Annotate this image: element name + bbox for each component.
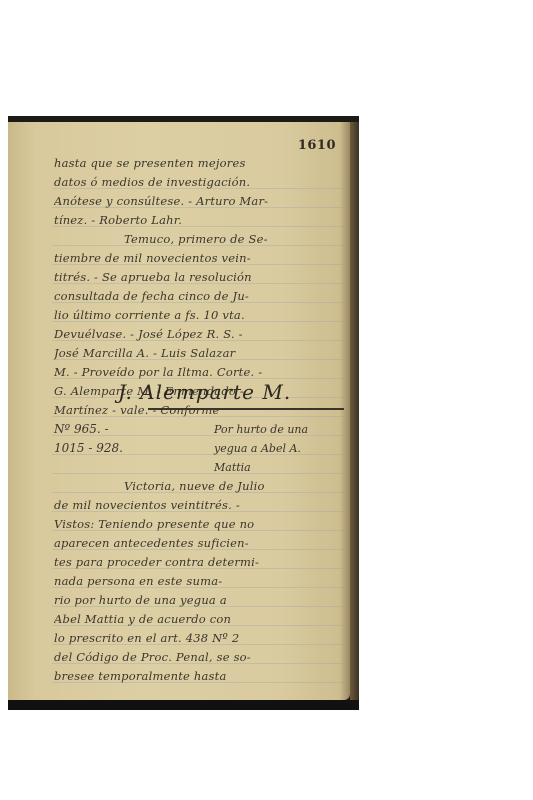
signature-underline (148, 408, 344, 410)
text-line: Devuélvase. - José López R. S. - (54, 325, 344, 344)
text-line: Anótese y consúltese. - Arturo Mar- (54, 192, 344, 211)
ledger-photo: 1610 hasta que se presenten mejores dato… (8, 116, 359, 710)
folio-number: 1610 (298, 138, 336, 153)
signature: J. Alemparte M. (118, 380, 291, 404)
binding-shadow (8, 700, 359, 710)
text-line: rio por hurto de una yegua a (54, 591, 344, 610)
text-line: lio último corriente a fs. 10 vta. (54, 306, 344, 325)
handwritten-section-2: Victoria, nueve de Julio de mil novecien… (54, 477, 344, 686)
text-line: de mil novecientos veintitrés. - (54, 496, 344, 515)
text-line: tes para proceder contra determi- (54, 553, 344, 572)
text-line: bresee temporalmente hasta (54, 667, 344, 686)
text-line: Temuco, primero de Se- (54, 230, 344, 249)
case-subject-line: yegua a Abel A. (214, 439, 344, 458)
text-line: hasta que se presenten mejores (54, 154, 344, 173)
book-spine-edge (350, 122, 359, 700)
text-line: tiembre de mil novecientos vein- (54, 249, 344, 268)
text-line: consultada de fecha cinco de Ju- (54, 287, 344, 306)
ledger-page: 1610 hasta que se presenten mejores dato… (8, 122, 350, 700)
case-number-block: Nº 965. - 1015 - 928. (54, 420, 123, 458)
case-code: 1015 - 928. (54, 439, 123, 458)
text-line: del Código de Proc. Penal, se so- (54, 648, 344, 667)
text-line: José Marcilla A. - Luis Salazar (54, 344, 344, 363)
case-subject-line: Mattia (214, 458, 344, 477)
text-line: tínez. - Roberto Lahr. (54, 211, 344, 230)
text-line: Vistos: Teniendo presente que no (54, 515, 344, 534)
text-line: lo prescrito en el art. 438 Nº 2 (54, 629, 344, 648)
case-subject-line: Por hurto de una (214, 420, 344, 439)
text-line: titrés. - Se aprueba la resolución (54, 268, 344, 287)
text-line: aparecen antecedentes suficien- (54, 534, 344, 553)
text-line: nada persona en este suma- (54, 572, 344, 591)
case-subject-block: Por hurto de una yegua a Abel A. Mattia (214, 420, 344, 477)
text-line: datos ó medios de investigación. (54, 173, 344, 192)
text-line: Abel Mattia y de acuerdo con (54, 610, 344, 629)
text-line: Victoria, nueve de Julio (54, 477, 344, 496)
case-number: Nº 965. - (54, 420, 123, 439)
